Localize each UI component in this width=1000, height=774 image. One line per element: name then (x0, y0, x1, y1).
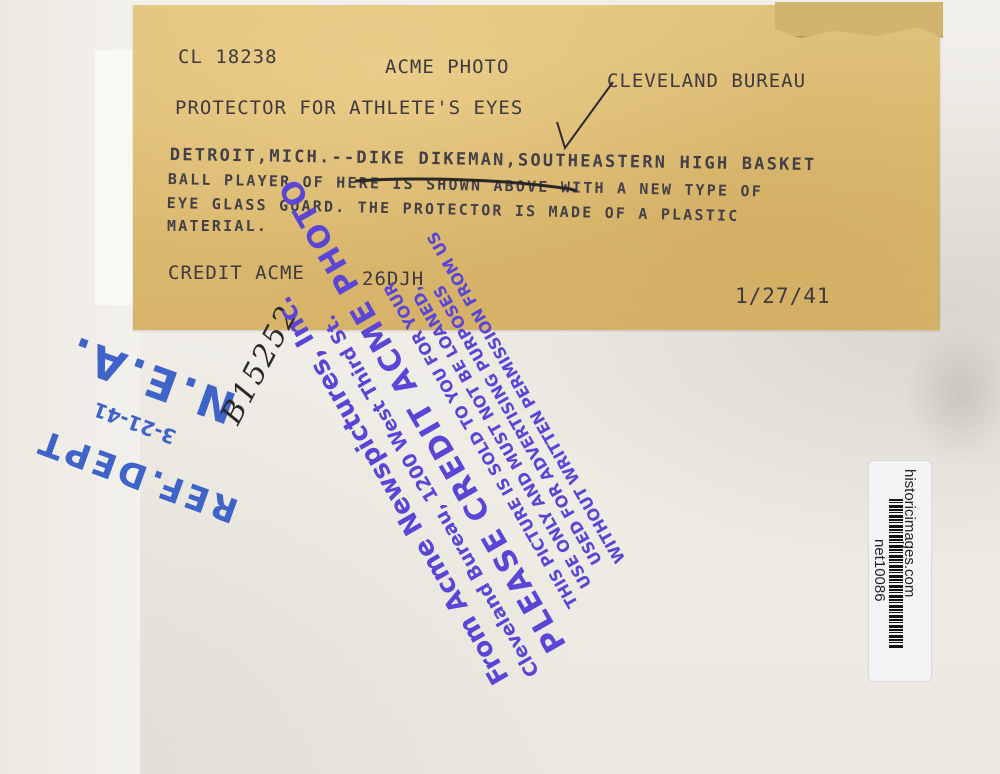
barcode-id: net10086 (871, 539, 888, 602)
photo-back: CL 18238 ACME PHOTO CLEVELAND BUREAU PRO… (0, 0, 1000, 774)
headline: PROTECTOR FOR ATHLETE'S EYES (175, 97, 523, 119)
stain (900, 320, 1000, 470)
photo-number: CL 18238 (178, 46, 278, 68)
credit-line: CREDIT ACME (168, 262, 305, 284)
barcode-tag: historicimages.com net10086 (868, 460, 932, 682)
barcode-icon (889, 499, 903, 649)
bureau-name: CLEVELAND BUREAU (607, 70, 806, 92)
agency-name: ACME PHOTO (385, 56, 509, 78)
acme-credit-stamp: From Acme Newspictures, Inc. Cleveland B… (260, 300, 720, 660)
checkmark-icon (555, 80, 615, 150)
caption-line-4: MATERIAL. (167, 217, 268, 235)
caption-date: 1/27/41 (735, 284, 831, 308)
barcode-site: historicimages.com (901, 469, 918, 597)
